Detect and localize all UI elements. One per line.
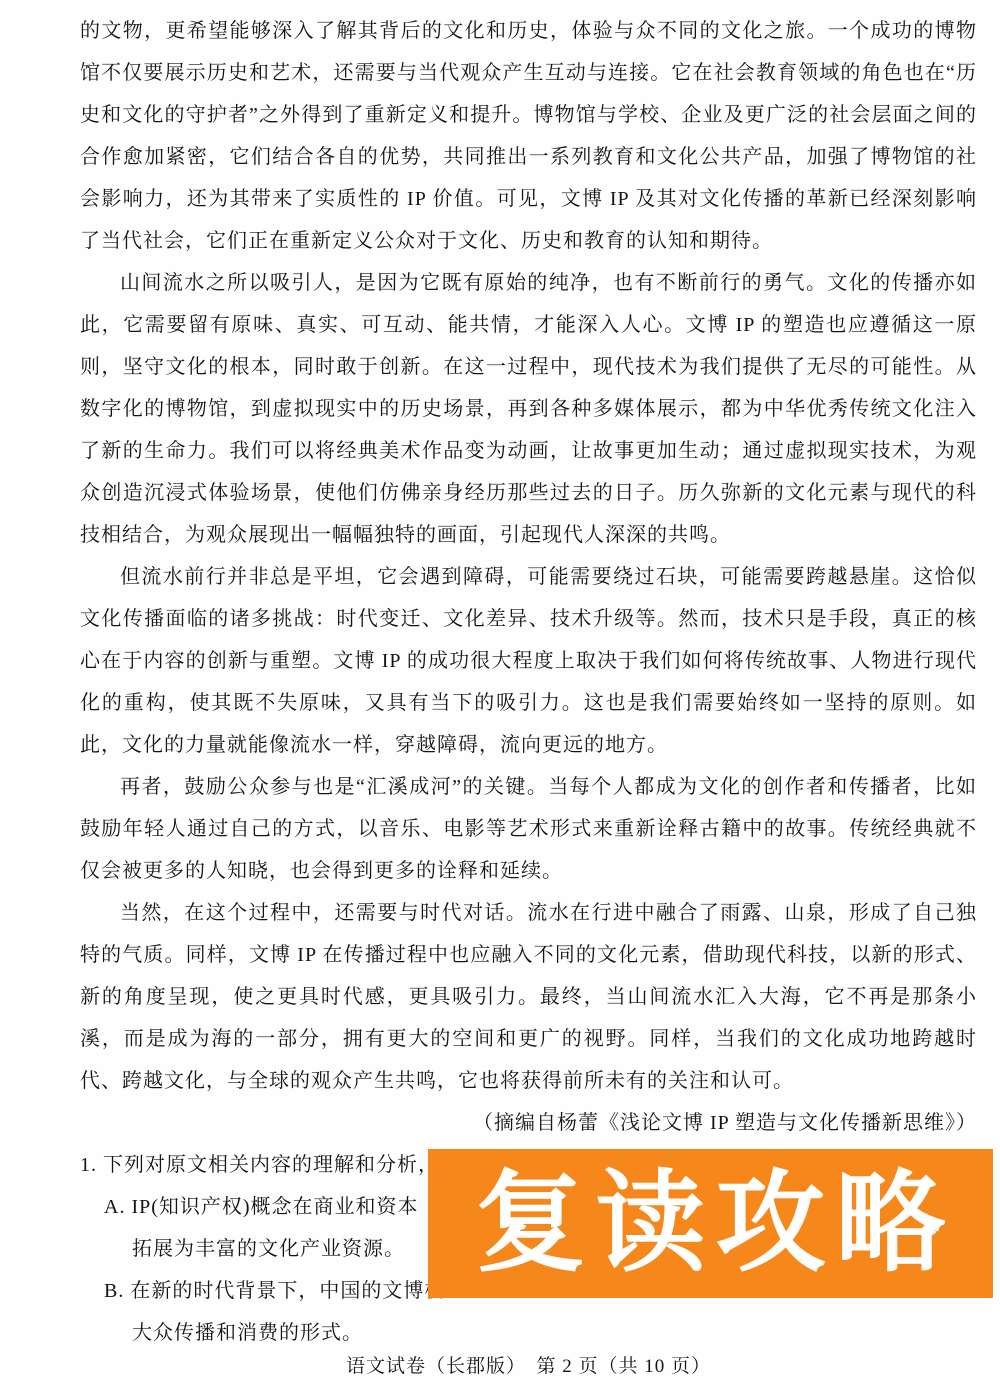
passage-paragraph-3: 但流水前行并非总是平坦，它会遇到障碍，可能需要绕过石块，可能需要跨越悬崖。这恰似…	[80, 556, 977, 766]
passage-paragraph-5: 当然，在这个过程中，还需要与时代对话。流水在行进中融合了雨露、山泉，形成了自己独…	[80, 892, 977, 1102]
question-1-option-b-line2: 大众传播和消费的形式。	[80, 1312, 977, 1354]
passage-paragraph-2: 山间流水之所以吸引人，是因为它既有原始的纯净，也有不断前行的勇气。文化的传播亦如…	[80, 262, 977, 556]
promo-banner-text: 复读攻略	[466, 1169, 956, 1279]
promo-banner: 复读攻略	[428, 1149, 993, 1298]
passage-paragraph-4: 再者，鼓励公众参与也是“汇溪成河”的关键。当每个人都成为文化的创作者和传播者，比…	[80, 766, 977, 892]
passage-paragraph-1: 的文物，更希望能够深入了解其背后的文化和历史，体验与众不同的文化之旅。一个成功的…	[80, 10, 977, 262]
passage-attribution: （摘编自杨蕾《浅论文博 IP 塑造与文化传播新思维》）	[80, 1102, 977, 1144]
exam-page: 的文物，更希望能够深入了解其背后的文化和历史，体验与众不同的文化之旅。一个成功的…	[0, 0, 1000, 1392]
page-footer: 语文试卷（长郡版） 第 2 页（共 10 页）	[80, 1350, 977, 1384]
